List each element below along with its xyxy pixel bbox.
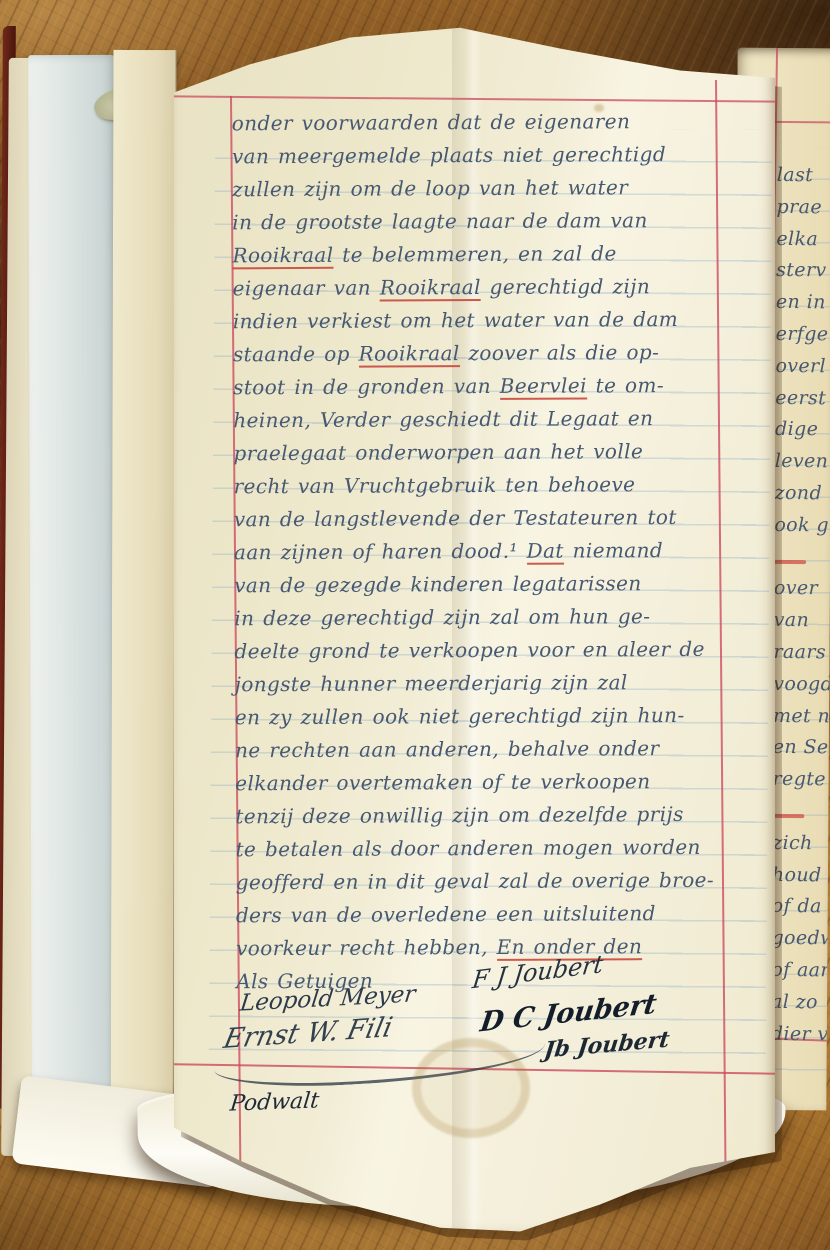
text-fragment: erfge (776, 319, 830, 351)
text-fragment: ook g (774, 510, 830, 542)
text-line: voorkeur recht hebben, En onder den (236, 930, 736, 966)
text-line: van de langstlevende der Testateuren tot (234, 501, 734, 537)
handwritten-text: onder voorwaarden dat de eigenarenvan me… (232, 105, 737, 999)
text-fragment: sterv (776, 255, 830, 287)
text-fragment: zond (774, 478, 830, 510)
text-line: tenzij deze onwillig zijn om dezelfde pr… (235, 798, 735, 834)
witness-signature: Podwalt (229, 1088, 321, 1116)
text-fragment: prae (776, 192, 830, 224)
stain-ring (412, 1038, 530, 1138)
text-fragment: last (777, 160, 830, 192)
text-line: onder voorwaarden dat de eigenaren (232, 105, 732, 141)
text-fragment: van (774, 605, 830, 637)
text-line: stoot in de gronden van Beervlei te om- (233, 369, 733, 405)
text-line: staande op Rooikraal zoover als die op- (233, 336, 733, 372)
text-fragment: en in (776, 287, 830, 319)
text-line: elkander overtemaken of te verkoopen (235, 765, 735, 801)
text-line: ne rechten aan anderen, behalve onder (235, 732, 735, 768)
text-line: eigenaar van Rooikraal gerechtigd zijn (233, 270, 733, 306)
text-line: in de grootste laagte naar de dam van (232, 204, 732, 240)
text-line: deelte grond te verkoopen voor en aleer … (234, 633, 734, 669)
text-line: aan zijnen of haren dood.¹ Dat niemand (234, 534, 734, 570)
photo-scene: lastpraeelkasterven inerfgeoverleerstdig… (0, 0, 830, 1250)
text-fragment: over (774, 573, 830, 605)
text-line: heinen, Verder geschiedt dit Legaat en (233, 402, 733, 438)
underlying-blue-page (28, 55, 120, 1127)
text-line: jongste hunner meerderjarig zijn zal (235, 666, 735, 702)
text-fragment: leven (775, 446, 830, 478)
text-fragment: eerst (775, 383, 830, 415)
text-line: praelegaat onderworpen aan het volle (233, 435, 733, 471)
stain-spot (594, 104, 604, 112)
text-line: van de gezegde kinderen legatarissen (234, 567, 734, 603)
text-line: geofferd en in dit geval zal de overige … (236, 864, 736, 900)
text-line: recht van Vruchtgebruik ten behoeve (234, 468, 734, 504)
text-fragment: elka (776, 224, 830, 256)
text-fragment: dige (775, 414, 830, 446)
text-line: van meergemelde plaats niet gerechtigd (232, 138, 732, 174)
page-stack-edge-2 (111, 50, 177, 1172)
text-line: zullen zijn om de loop van het water (232, 171, 732, 207)
text-line: in deze gerechtigd zijn zal om hun ge- (234, 600, 734, 636)
text-line: en zy zullen ook niet gerechtigd zijn hu… (235, 699, 735, 735)
document-page: onder voorwaarden dat de eigenarenvan me… (174, 18, 775, 1240)
text-line: ders van de overledene een uitsluitend (236, 897, 736, 933)
text-line: te betalen als door anderen mogen worden (235, 831, 735, 867)
text-line: Rooikraal te belemmeren, en zal de (232, 237, 732, 273)
text-fragment (774, 542, 830, 574)
text-line: indien verkiest om het water van de dam (233, 303, 733, 339)
text-fragment: overl (775, 351, 830, 383)
